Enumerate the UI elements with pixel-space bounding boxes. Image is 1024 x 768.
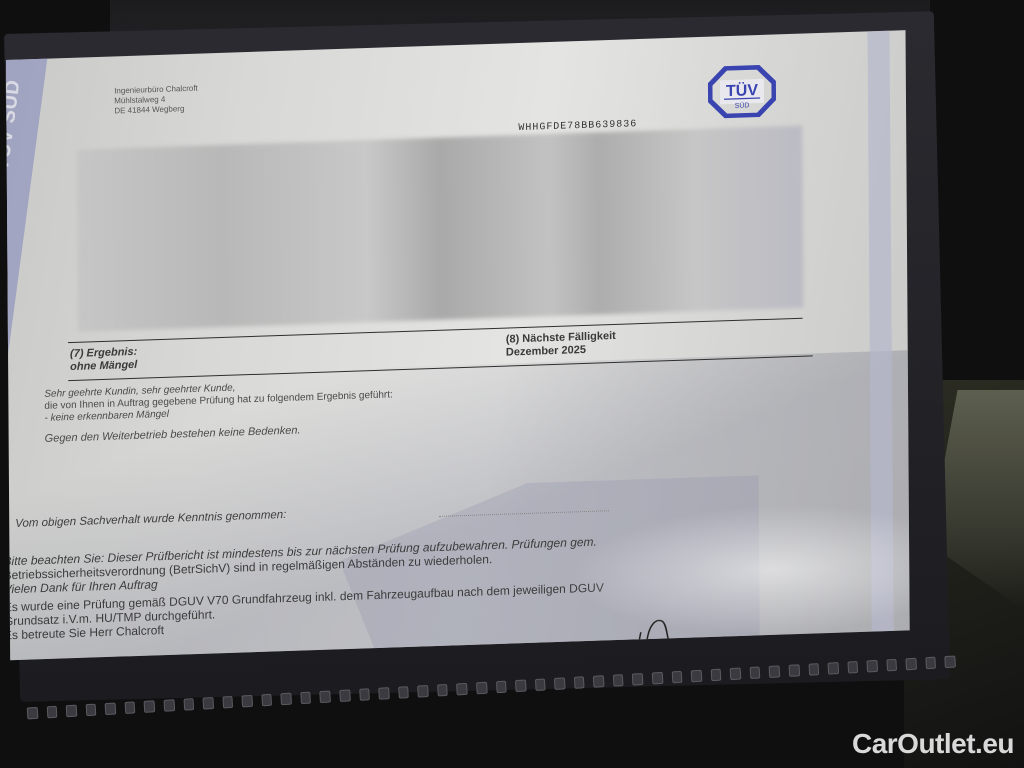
letter-body: Sehr geehrte Kundin, sehr geehrter Kunde… [44,377,393,445]
side-band-text: Mehr Vertrauen • TÜV SÜD [6,78,26,343]
brand-watermark: CarOutlet.eu [852,728,1014,760]
next-due-value: Dezember 2025 [506,343,616,360]
result-value: ohne Mängel [70,359,137,374]
sender-city: DE 41844 Wegberg [114,104,198,117]
sleeve-glare [569,500,910,641]
redacted-data-block [77,126,804,332]
sender-address: Ingenieurbüro Chalcroft Mühlstalweg 4 DE… [114,84,198,117]
result-field: (7) Ergebnis: ohne Mängel [70,346,137,374]
sleeve-perforation [20,647,956,729]
inspection-report-paper: Mehr Vertrauen • TÜV SÜD Ingenieurbüro C… [6,30,910,660]
tuv-sud-logo-icon: TÜV SÜD [708,64,776,118]
side-band: Mehr Vertrauen • TÜV SÜD [6,30,52,402]
logo-bottom-text: SÜD [735,101,750,109]
logo-top-text: TÜV [726,80,758,100]
next-due-field: (8) Nächste Fälligkeit Dezember 2025 [506,330,616,360]
